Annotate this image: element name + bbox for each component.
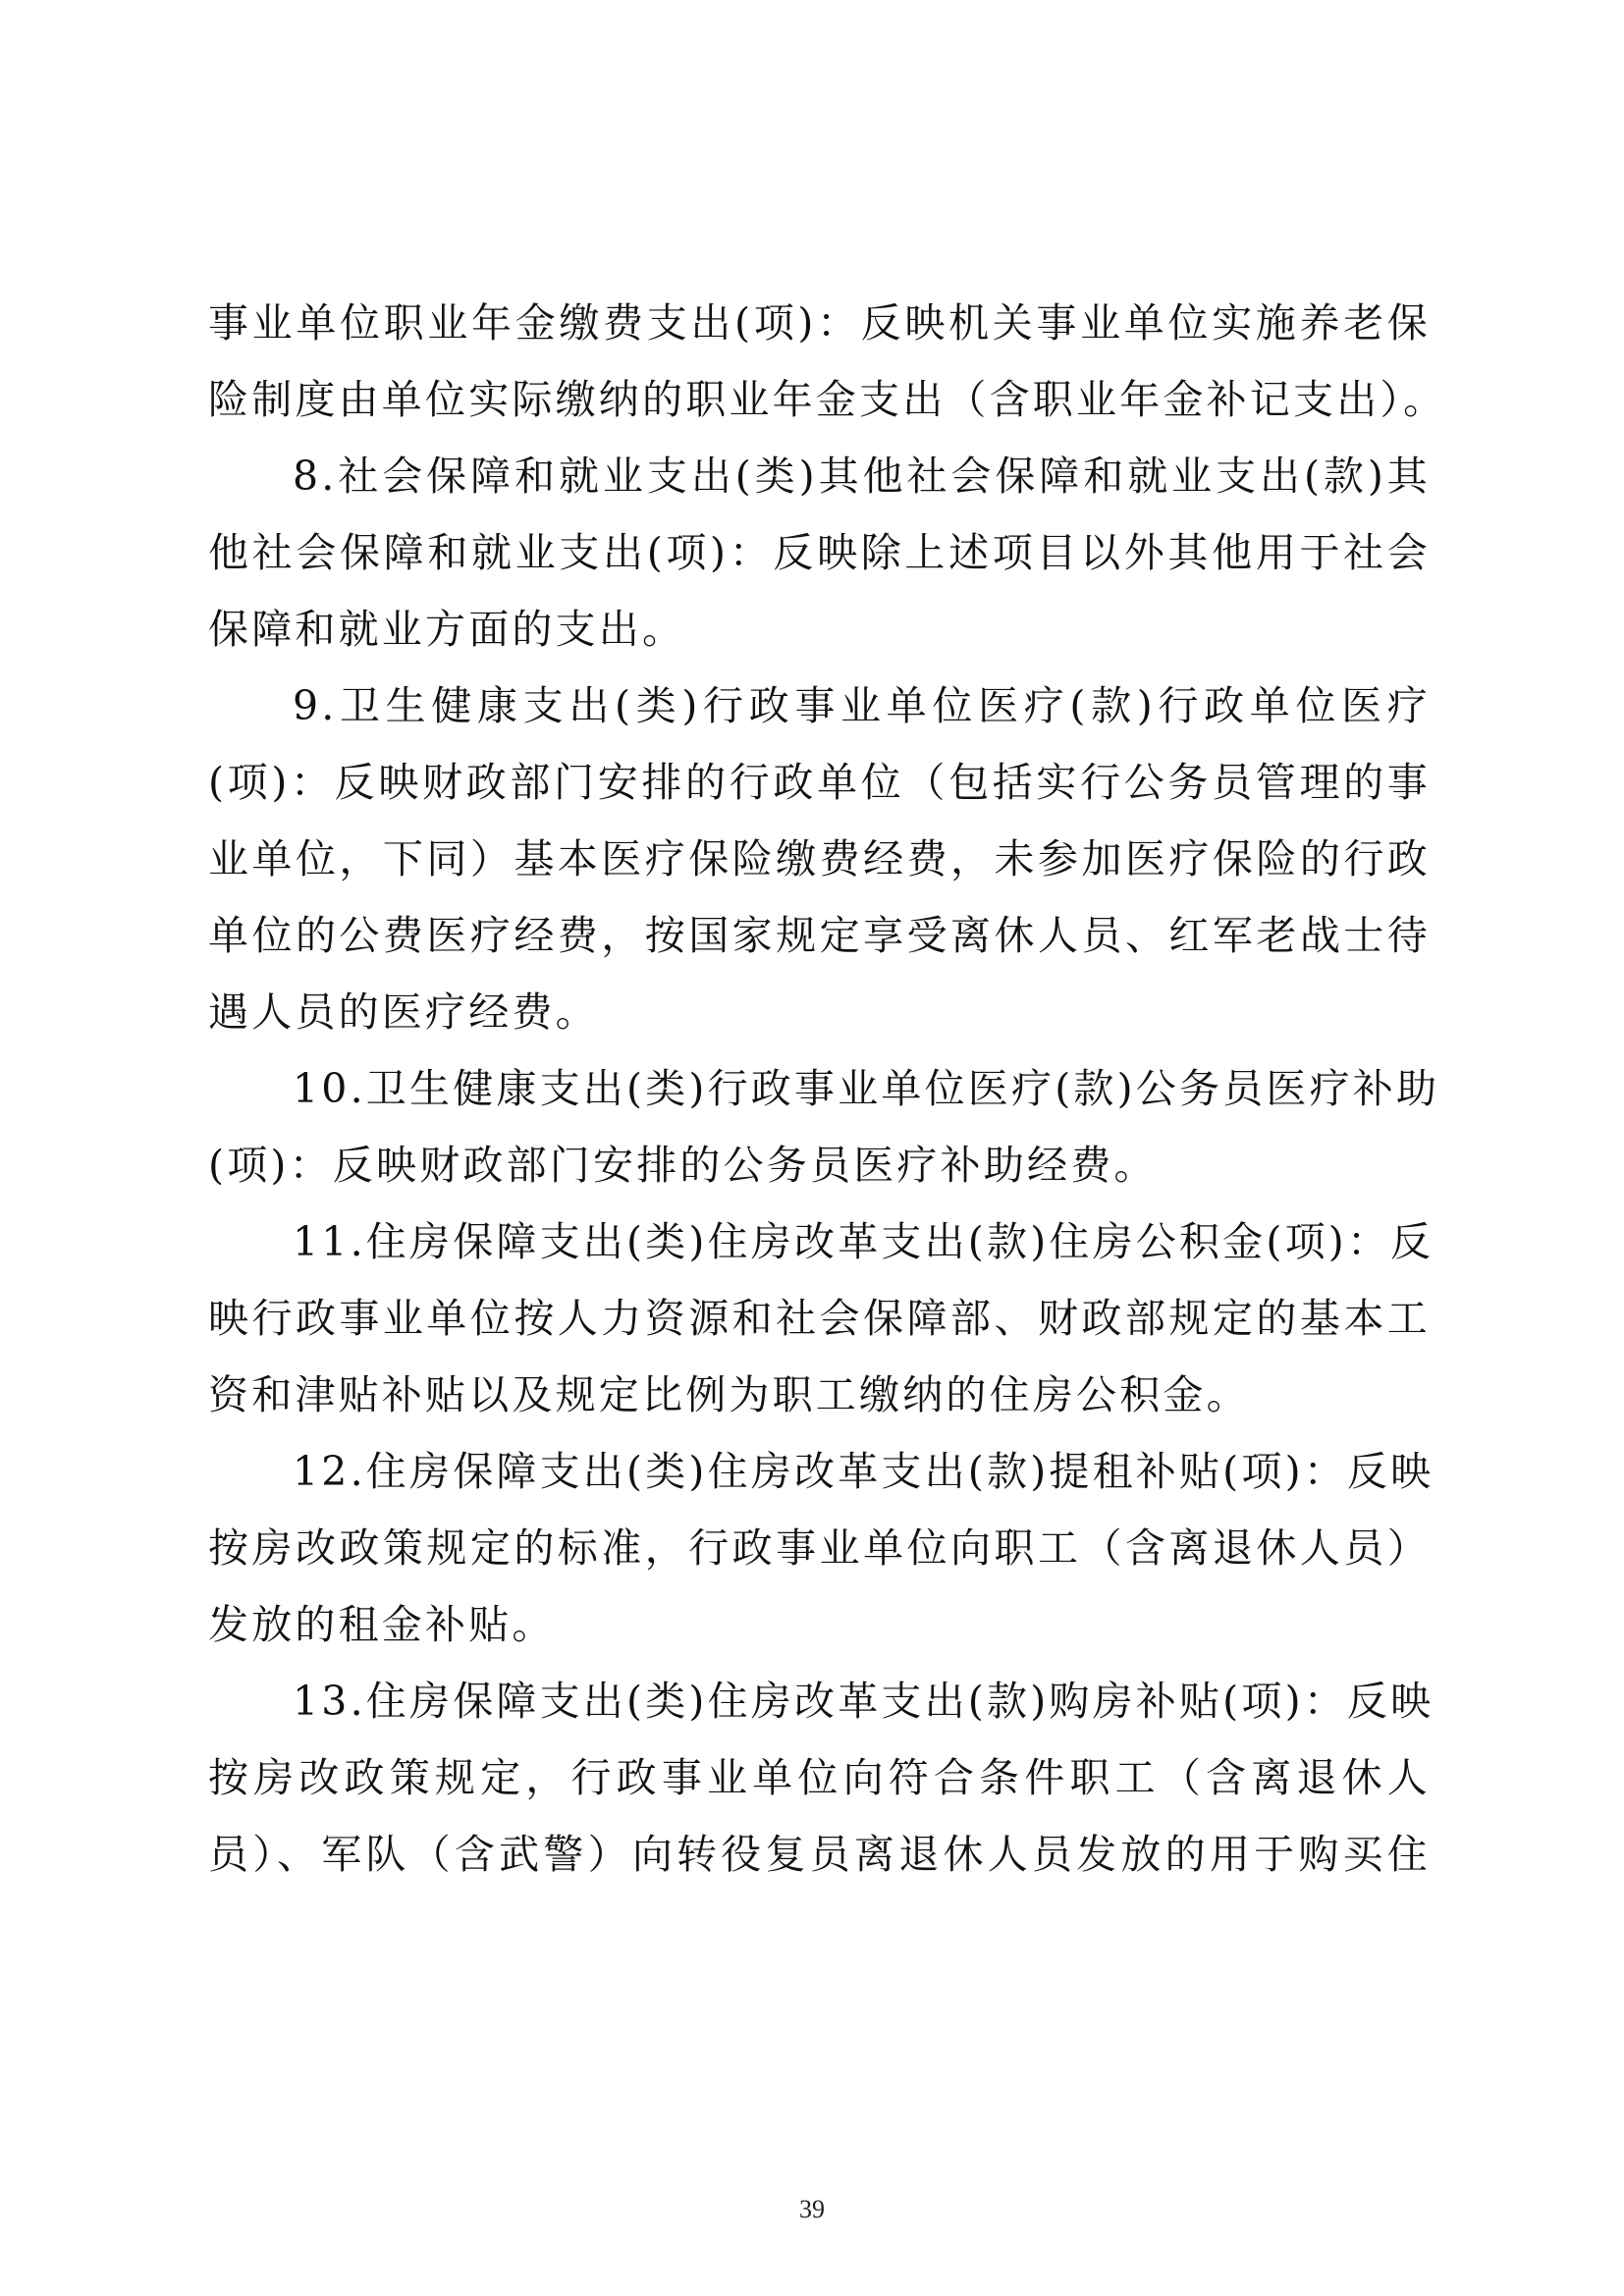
- document-body: 事业单位职业年金缴费支出(项)：反映机关事业单位实施养老保 险制度由单位实际缴纳…: [208, 285, 1431, 1893]
- page-number: 39: [0, 2195, 1624, 2224]
- text-line: 9.卫生健康支出(类)行政事业单位医疗(款)行政单位医疗: [208, 667, 1431, 744]
- text-line: 遇人员的医疗经费。: [208, 974, 1431, 1050]
- text-line: 保障和就业方面的支出。: [208, 591, 1431, 667]
- text-line: 按房改政策规定的标准，行政事业单位向职工（含离退休人员）: [208, 1510, 1431, 1586]
- paragraph-13: 13.住房保障支出(类)住房改革支出(款)购房补贴(项)：反映 按房改政策规定，…: [208, 1663, 1431, 1893]
- text-line: 12.住房保障支出(类)住房改革支出(款)提租补贴(项)：反映: [208, 1433, 1431, 1510]
- paragraph-12: 12.住房保障支出(类)住房改革支出(款)提租补贴(项)：反映 按房改政策规定的…: [208, 1433, 1431, 1663]
- text-line: 事业单位职业年金缴费支出(项)：反映机关事业单位实施养老保: [208, 285, 1431, 361]
- paragraph-10: 10.卫生健康支出(类)行政事业单位医疗(款)公务员医疗补助 (项)：反映财政部…: [208, 1050, 1431, 1203]
- text-line: 8.社会保障和就业支出(类)其他社会保障和就业支出(款)其: [208, 438, 1431, 514]
- text-line: 映行政事业单位按人力资源和社会保障部、财政部规定的基本工: [208, 1280, 1431, 1357]
- paragraph-11: 11.住房保障支出(类)住房改革支出(款)住房公积金(项)：反 映行政事业单位按…: [208, 1203, 1431, 1433]
- text-line: 资和津贴补贴以及规定比例为职工缴纳的住房公积金。: [208, 1357, 1431, 1433]
- text-line: (项)：反映财政部门安排的行政单位（包括实行公务员管理的事: [208, 744, 1431, 821]
- text-line: 业单位，下同）基本医疗保险缴费经费，未参加医疗保险的行政: [208, 821, 1431, 897]
- text-line: 10.卫生健康支出(类)行政事业单位医疗(款)公务员医疗补助: [208, 1050, 1431, 1127]
- text-line: 他社会保障和就业支出(项)：反映除上述项目以外其他用于社会: [208, 514, 1431, 591]
- paragraph-8: 8.社会保障和就业支出(类)其他社会保障和就业支出(款)其 他社会保障和就业支出…: [208, 438, 1431, 667]
- text-line: (项)：反映财政部门安排的公务员医疗补助经费。: [208, 1127, 1431, 1203]
- paragraph-9: 9.卫生健康支出(类)行政事业单位医疗(款)行政单位医疗 (项)：反映财政部门安…: [208, 667, 1431, 1050]
- paragraph-7-continued: 事业单位职业年金缴费支出(项)：反映机关事业单位实施养老保 险制度由单位实际缴纳…: [208, 285, 1431, 438]
- text-line: 11.住房保障支出(类)住房改革支出(款)住房公积金(项)：反: [208, 1203, 1431, 1280]
- text-line: 按房改政策规定，行政事业单位向符合条件职工（含离退休人: [208, 1739, 1431, 1816]
- text-line: 单位的公费医疗经费，按国家规定享受离休人员、红军老战士待: [208, 897, 1431, 974]
- text-line: 员）、军队（含武警）向转役复员离退休人员发放的用于购买住: [208, 1816, 1431, 1893]
- text-line: 发放的租金补贴。: [208, 1586, 1431, 1663]
- text-line: 13.住房保障支出(类)住房改革支出(款)购房补贴(项)：反映: [208, 1663, 1431, 1739]
- document-page: 事业单位职业年金缴费支出(项)：反映机关事业单位实施养老保 险制度由单位实际缴纳…: [0, 0, 1624, 2296]
- text-line: 险制度由单位实际缴纳的职业年金支出（含职业年金补记支出）。: [208, 361, 1431, 438]
